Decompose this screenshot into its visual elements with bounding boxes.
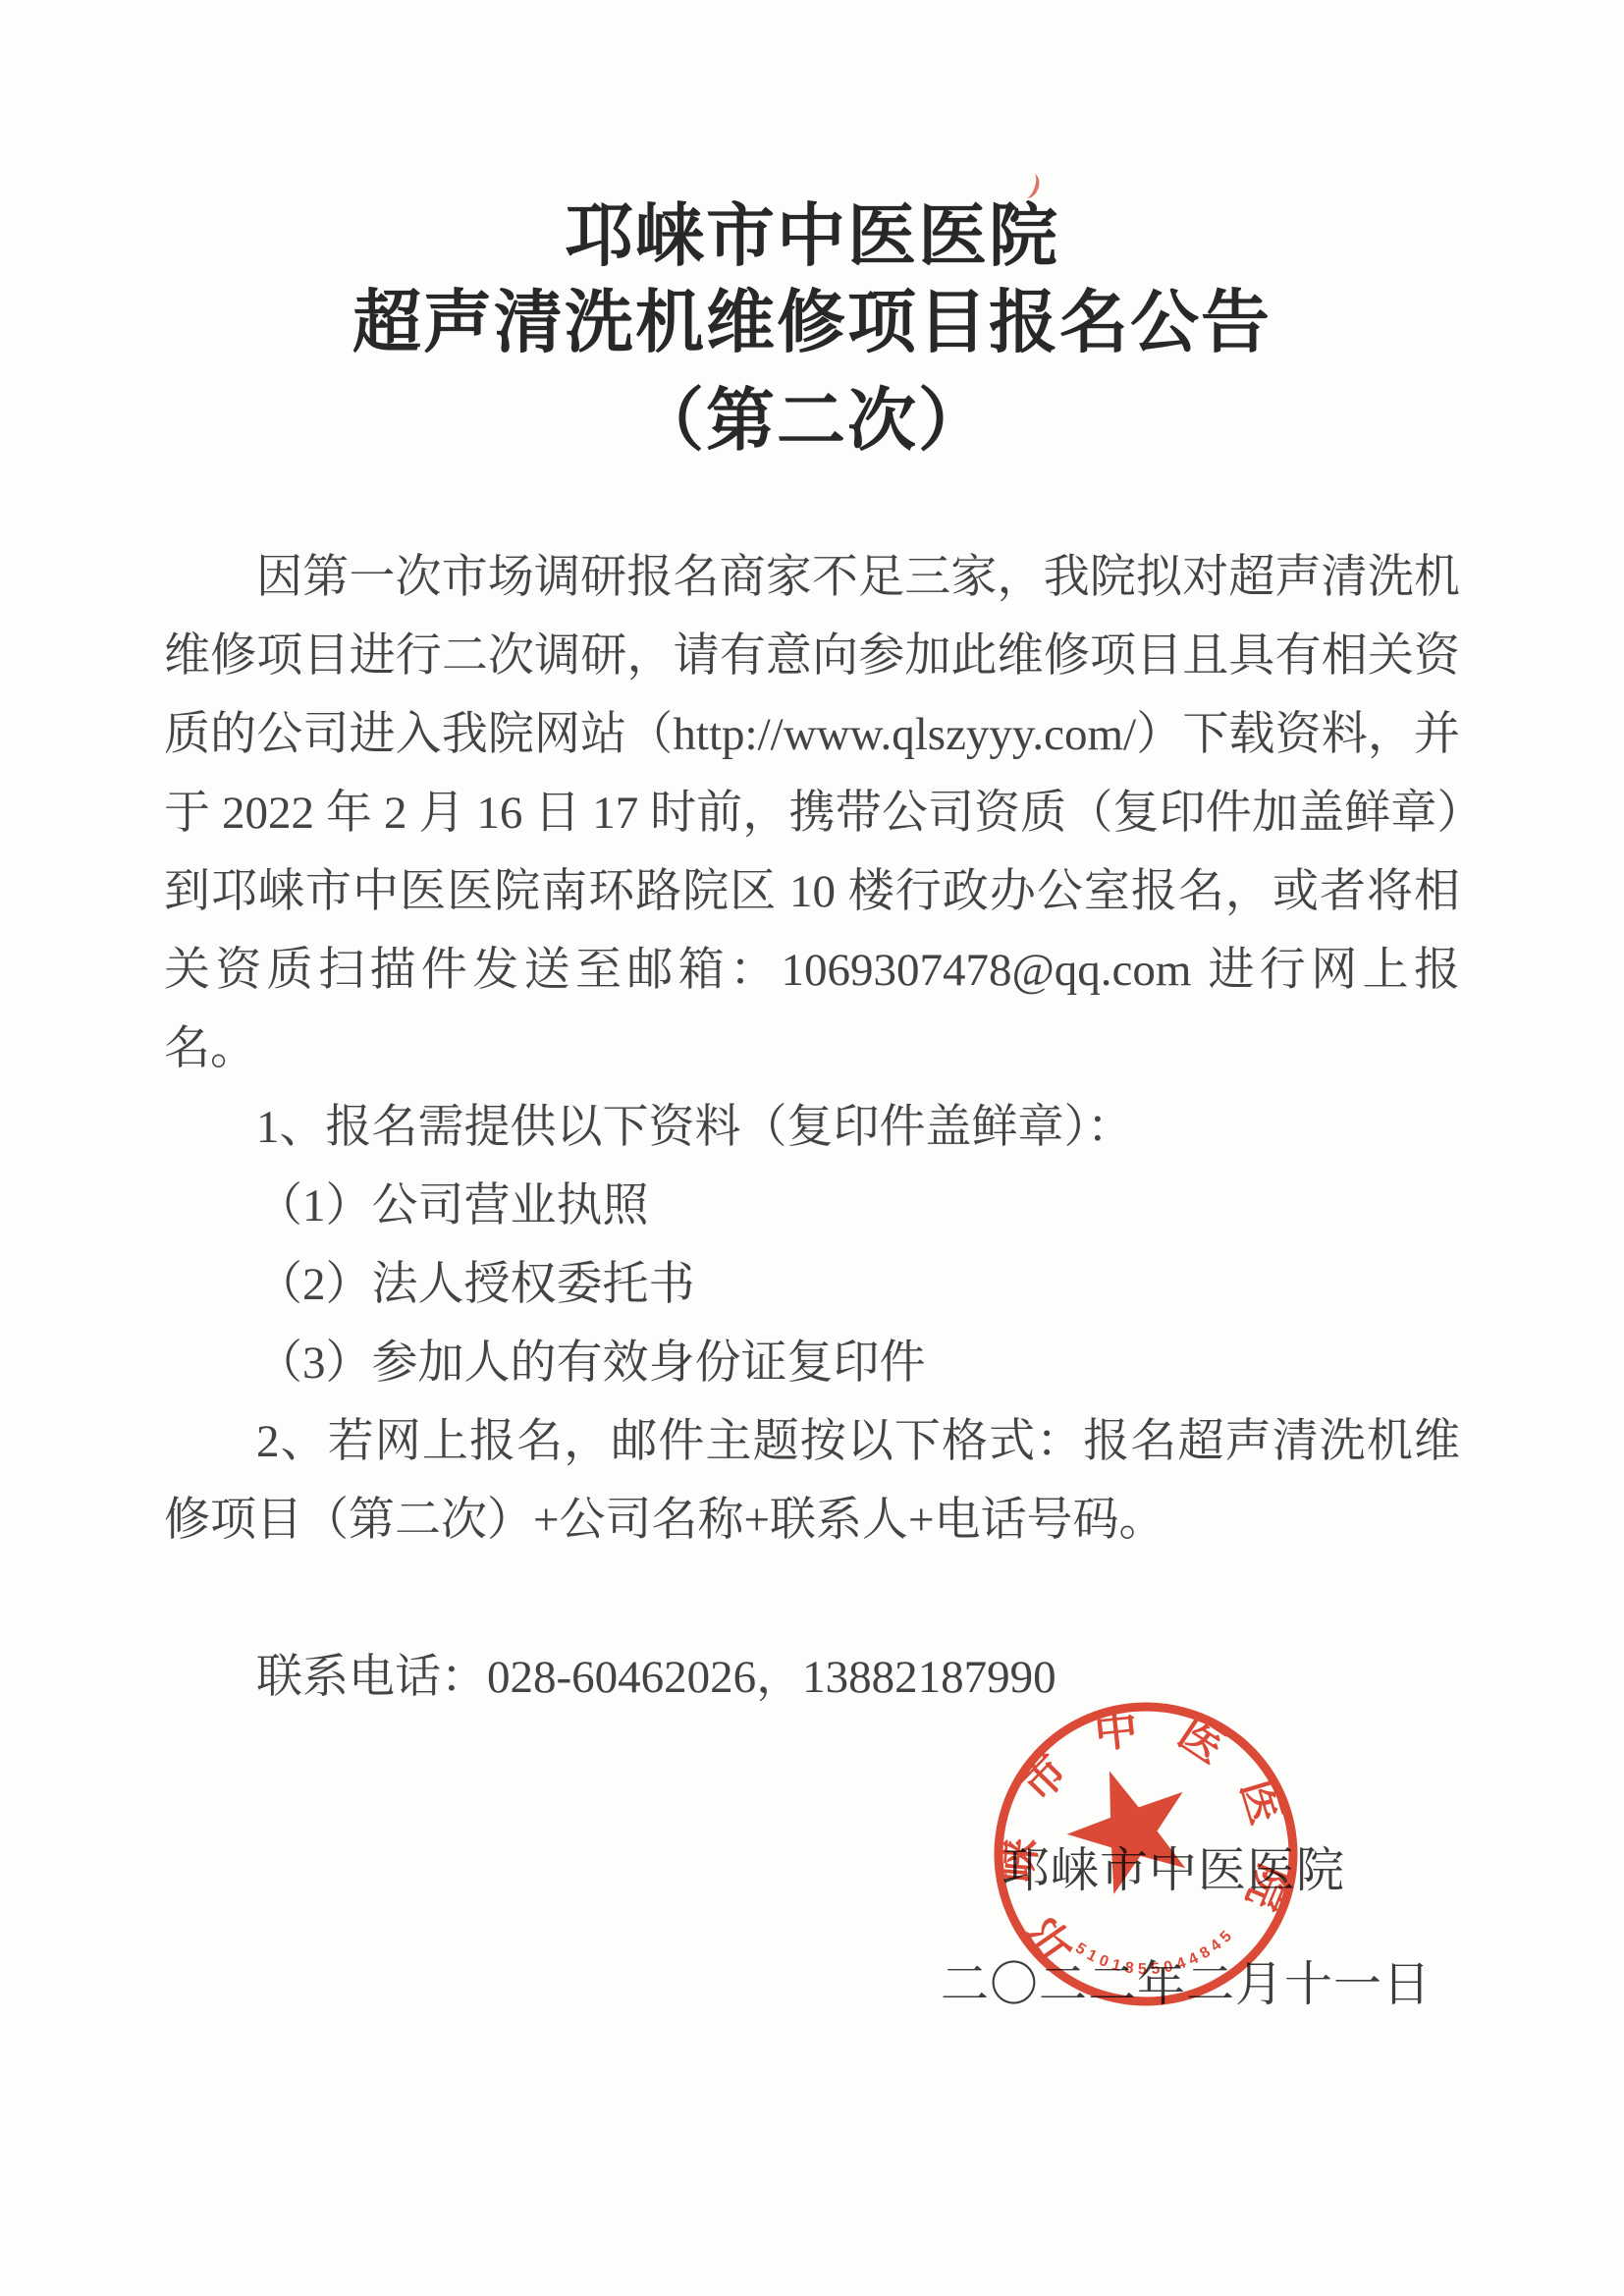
- seal-code-textpath: 5101855044845: [1071, 1924, 1242, 1987]
- title-line-round: （第二次）: [164, 379, 1460, 465]
- paragraph-item-2: 2、若网上报名，邮件主题按以下格式：报名超声清洗机维修项目（第二次）+公司名称+…: [164, 1402, 1460, 1559]
- document-content: 邛崃市中医医院 超声清洗机维修项目报名公告 （第二次） 因第一次市场调研报名商家…: [164, 0, 1460, 1717]
- paragraph-item-1: 1、报名需提供以下资料（复印件盖鲜章）：: [164, 1088, 1460, 1167]
- paragraph-material-2: （2）法人授权委托书: [164, 1245, 1460, 1324]
- title-line-project: 超声清洗机维修项目报名公告: [164, 281, 1460, 367]
- paragraph-material-1: （1）公司营业执照: [164, 1167, 1460, 1245]
- paragraph-intro: 因第一次市场调研报名商家不足三家，我院拟对超声清洗机维修项目进行二次调研，请有意…: [164, 538, 1460, 1088]
- document-body: 因第一次市场调研报名商家不足三家，我院拟对超声清洗机维修项目进行二次调研，请有意…: [164, 538, 1460, 1717]
- document-page: 邛崃市中医医院 超声清洗机维修项目报名公告 （第二次） 因第一次市场调研报名商家…: [0, 0, 1624, 2296]
- document-title: 邛崃市中医医院 超声清洗机维修项目报名公告 （第二次）: [164, 0, 1460, 465]
- paragraph-material-3: （3）参加人的有效身份证复印件: [164, 1324, 1460, 1402]
- title-line-hospital: 邛崃市中医医院: [164, 194, 1460, 281]
- official-seal: 邛崃市中医医院 5101855044845: [962, 1670, 1329, 2038]
- seal-code-label: 5101855044845: [1071, 1924, 1242, 1987]
